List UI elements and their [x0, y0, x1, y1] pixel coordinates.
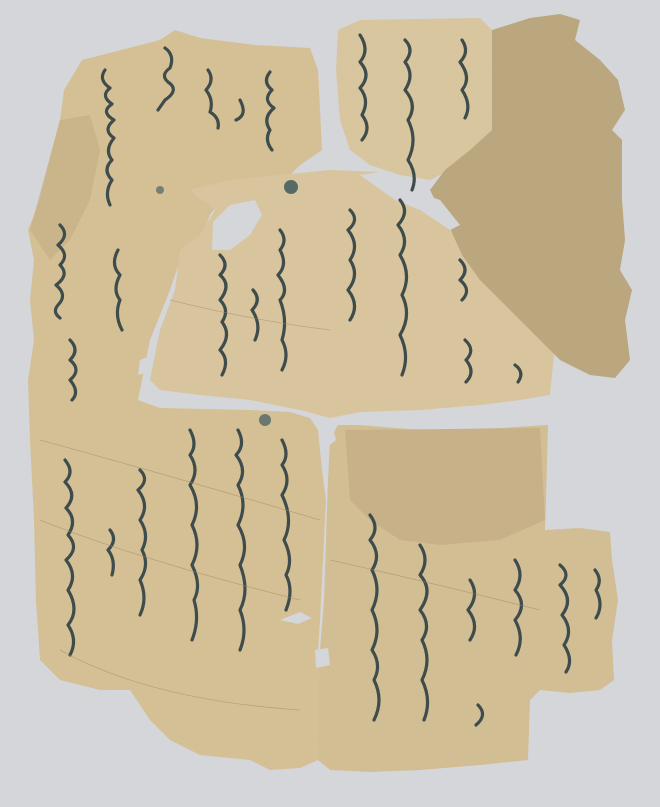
- ink-spot: [259, 414, 271, 426]
- ink-spot: [284, 180, 298, 194]
- manuscript-photo: [0, 0, 660, 807]
- ink-spot: [156, 186, 164, 194]
- paper-lower-right: [318, 425, 618, 772]
